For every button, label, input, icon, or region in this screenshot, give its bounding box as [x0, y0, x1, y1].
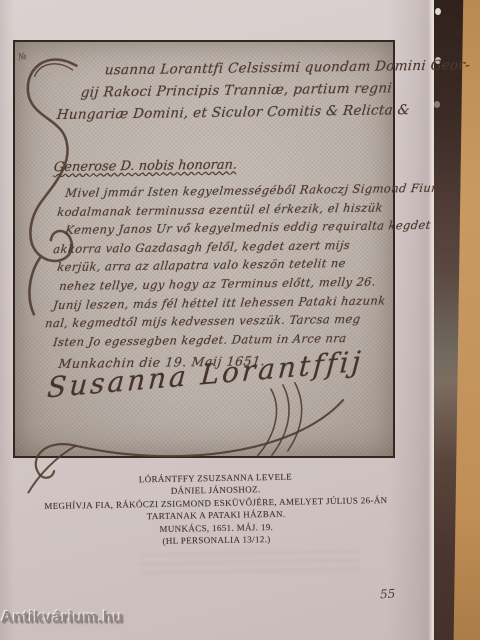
printed-caption: LÓRÁNTFFY ZSUZSANNA LEVELE DÁNIEL JÁNOSH… — [0, 468, 433, 550]
handwriting-layer: № usanna Loranttfi Celsissimi quondam Do… — [12, 39, 396, 458]
letter-body: Mivel jmmár Isten kegyelmességéből Rakoc… — [48, 178, 463, 351]
letter-facsimile-plate: № usanna Loranttfi Celsissimi quondam Do… — [13, 40, 395, 458]
show-through-ghost — [140, 550, 360, 580]
salutation-line: Generose D. nobis honoran. — [53, 158, 238, 176]
antikvarium-watermark: Antikvárium.hu — [1, 609, 123, 627]
letter-heading: usanna Loranttfi Celsissimi quondam Domi… — [54, 54, 471, 126]
page-number: 55 — [380, 587, 396, 602]
book-page-photo: № usanna Loranttfi Celsissimi quondam Do… — [0, 0, 480, 640]
binding-hole — [435, 8, 441, 15]
